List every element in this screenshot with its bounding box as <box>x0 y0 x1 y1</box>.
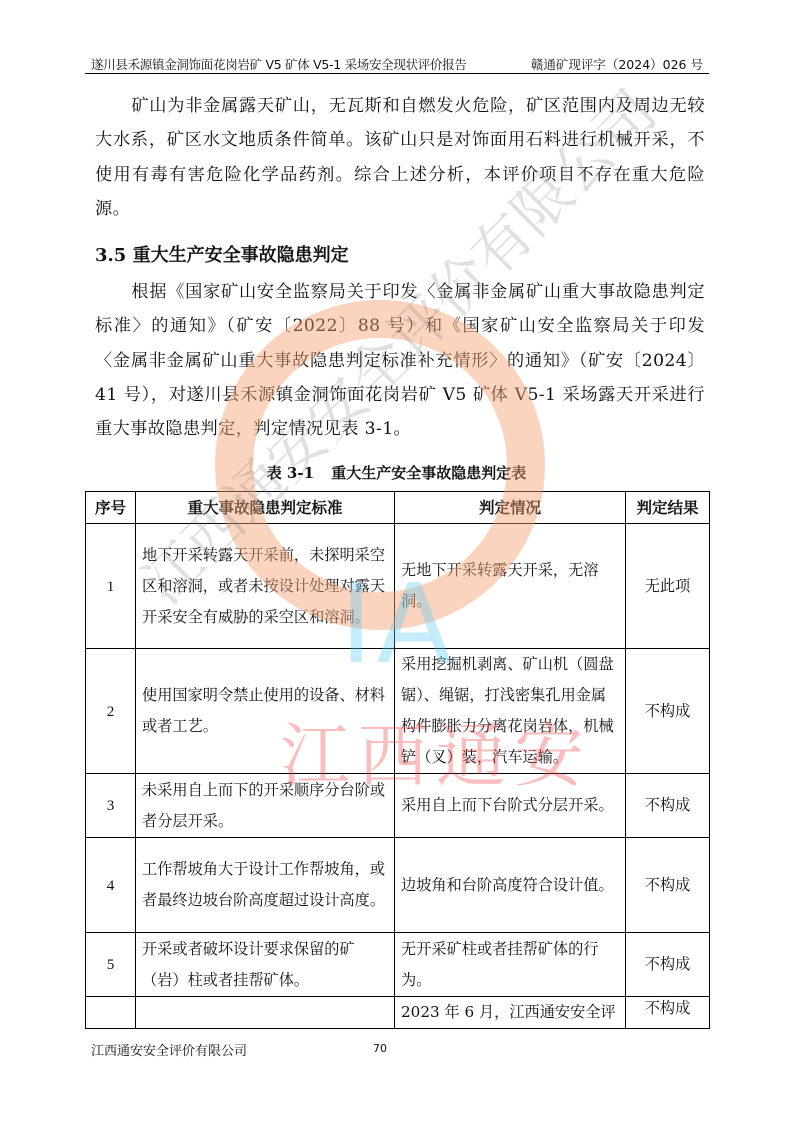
row-number: 4 <box>86 838 136 933</box>
row-standard <box>136 997 395 1029</box>
hazard-judgement-table: 序号 重大事故隐患判定标准 判定情况 判定结果 1 地下开采转露天开采前，未探明… <box>85 491 710 1029</box>
row-standard: 工作帮坡角大于设计工作帮坡角，或者最终边坡台阶高度超过设计高度。 <box>136 838 395 933</box>
table-row: 2 使用国家明令禁止使用的设备、材料或者工艺。 采用挖掘机剥离、矿山机（圆盘锯）… <box>86 649 710 774</box>
paragraph-basis: 根据《国家矿山安全监察局关于印发〈金属非金属矿山重大事故隐患判定标准〉的通知》（… <box>95 275 705 446</box>
row-result: 不构成 <box>626 838 710 933</box>
column-header: 判定情况 <box>395 492 626 524</box>
table-row: 2023 年 6 月，江西通安安全评 不构成 <box>86 997 710 1029</box>
row-result: 不构成 <box>626 774 710 838</box>
row-number: 2 <box>86 649 136 774</box>
column-header: 判定结果 <box>626 492 710 524</box>
row-number: 3 <box>86 774 136 838</box>
table-row: 4 工作帮坡角大于设计工作帮坡角，或者最终边坡台阶高度超过设计高度。 边坡角和台… <box>86 838 710 933</box>
row-number: 5 <box>86 933 136 997</box>
row-result: 不构成 <box>626 649 710 774</box>
row-standard: 开采或者破坏设计要求保留的矿（岩）柱或者挂帮矿体。 <box>136 933 395 997</box>
paragraph-text: 根据《国家矿山安全监察局关于印发〈金属非金属矿山重大事故隐患判定标准〉的通知》（… <box>95 282 705 439</box>
row-situation: 采用挖掘机剥离、矿山机（圆盘锯）、绳锯，打浅密集孔用金属构件膨胀力分离花岗岩体，… <box>395 649 626 774</box>
paragraph-text: 矿山为非金属露天矿山，无瓦斯和自燃发火危险，矿区范围内及周边无较大水系，矿区水文… <box>95 96 705 219</box>
row-situation: 无开采矿柱或者挂帮矿体的行为。 <box>395 933 626 997</box>
row-standard: 地下开采转露天开采前，未探明采空区和溶洞，或者未按设计处理对露天开采安全有威胁的… <box>136 524 395 649</box>
section-heading: 3.5 重大生产安全事故隐患判定 <box>95 241 349 267</box>
row-situation: 边坡角和台阶高度符合设计值。 <box>395 838 626 933</box>
table-row: 1 地下开采转露天开采前，未探明采空区和溶洞，或者未按设计处理对露天开采安全有威… <box>86 524 710 649</box>
paragraph-hazard-source: 矿山为非金属露天矿山，无瓦斯和自燃发火危险，矿区范围内及周边无较大水系，矿区水文… <box>95 89 705 226</box>
row-result: 不构成 <box>626 997 710 1029</box>
row-situation: 2023 年 6 月，江西通安安全评 <box>395 997 626 1029</box>
row-standard: 未采用自上而下的开采顺序分台阶或者分层开采。 <box>136 774 395 838</box>
document-number: 赣通矿现评字（2024）026 号 <box>531 55 703 73</box>
footer-company: 江西通安安全评价有限公司 <box>91 1040 247 1059</box>
row-situation: 无地下开采转露天开采，无溶洞。 <box>395 524 626 649</box>
table-row: 5 开采或者破坏设计要求保留的矿（岩）柱或者挂帮矿体。 无开采矿柱或者挂帮矿体的… <box>86 933 710 997</box>
page-number: 70 <box>373 1042 387 1055</box>
row-number <box>86 997 136 1029</box>
table-header-row: 序号 重大事故隐患判定标准 判定情况 判定结果 <box>86 492 710 524</box>
row-standard: 使用国家明令禁止使用的设备、材料或者工艺。 <box>136 649 395 774</box>
table-caption: 表 3-1 重大生产安全事故隐患判定表 <box>0 462 793 483</box>
table-caption-title: 重大生产安全事故隐患判定表 <box>331 464 526 482</box>
row-result: 无此项 <box>626 524 710 649</box>
table-caption-number: 表 3-1 <box>267 464 314 482</box>
report-title: 遂川县禾源镇金洞饰面花岗岩矿 V5 矿体 V5-1 采场安全现状评价报告 <box>91 55 467 73</box>
column-header: 重大事故隐患判定标准 <box>136 492 395 524</box>
document-page: 遂川县禾源镇金洞饰面花岗岩矿 V5 矿体 V5-1 采场安全现状评价报告 赣通矿… <box>0 0 793 1122</box>
row-result: 不构成 <box>626 933 710 997</box>
row-situation: 采用自上而下台阶式分层开采。 <box>395 774 626 838</box>
page-header: 遂川县禾源镇金洞饰面花岗岩矿 V5 矿体 V5-1 采场安全现状评价报告 赣通矿… <box>85 53 709 74</box>
row-number: 1 <box>86 524 136 649</box>
table-row: 3 未采用自上而下的开采顺序分台阶或者分层开采。 采用自上而下台阶式分层开采。 … <box>86 774 710 838</box>
column-header: 序号 <box>86 492 136 524</box>
